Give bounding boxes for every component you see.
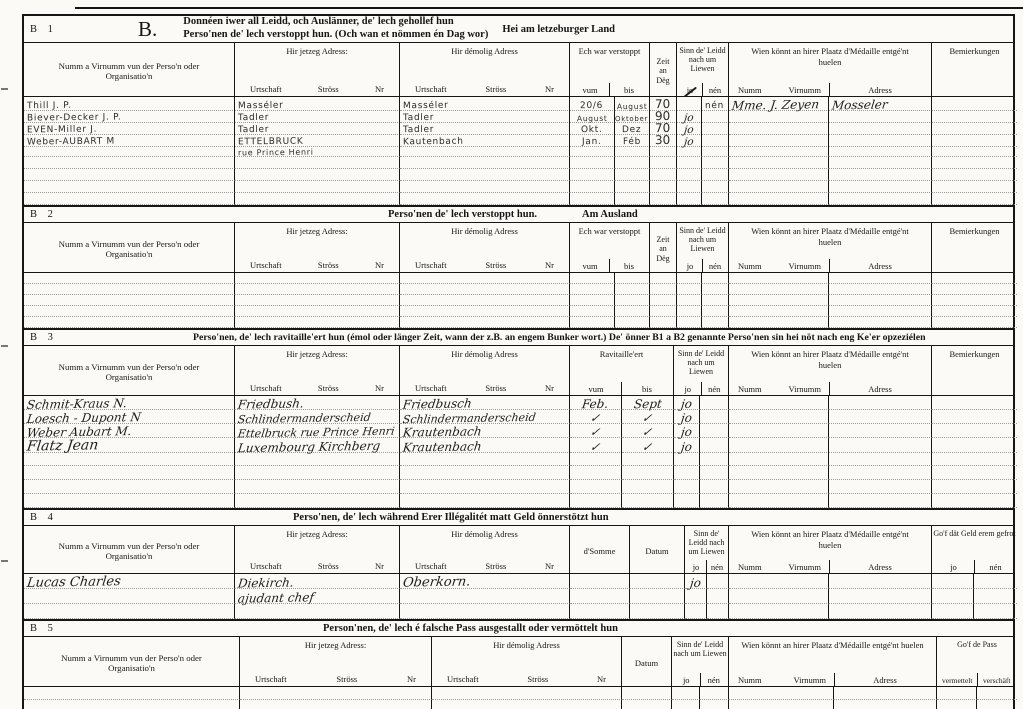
cell: ✓ (570, 438, 622, 453)
cell (700, 410, 729, 424)
b5-section-id: B 5 (30, 623, 138, 634)
ruled-line (24, 494, 1013, 508)
ruled-cell (622, 700, 672, 709)
ruled-cell (729, 466, 829, 480)
sub-nr: Nr (545, 260, 554, 270)
header-datum-col: Datum (622, 637, 672, 686)
sub-stross: Ströss (336, 674, 357, 684)
ruled-cell (235, 169, 400, 181)
ruled-cell (977, 700, 1017, 709)
ruled-cell (829, 157, 932, 169)
b1-r4-jetzeg-line2: rue Prince Henri (238, 148, 314, 158)
section-b1: B 1 B. Donnéen iwer all Leidd, och Auslä… (24, 16, 1013, 205)
cell: Diekirch. (235, 574, 400, 589)
sub-stross: Ströss (485, 84, 506, 94)
sub-adress: Adress (830, 85, 930, 96)
ruled-cell (235, 284, 400, 295)
ruled-cell (570, 295, 615, 306)
cell: Friedbush. (235, 396, 400, 410)
ruled-cell (729, 181, 829, 193)
cell (729, 145, 829, 157)
ruled-cell (615, 157, 650, 169)
ruled-cell (400, 273, 570, 284)
ruled-cell (829, 181, 932, 193)
ruled-cell (937, 687, 977, 700)
ruled-cell (400, 295, 570, 306)
ruled-cell (702, 284, 729, 295)
sub-nen: nén (975, 560, 1016, 573)
ruled-cell (932, 604, 974, 619)
ruled-cell (677, 181, 702, 193)
header-jetzeg-col: Hir jetzeg Adress:UrtschaftStrössNr (235, 526, 400, 573)
cell (700, 424, 729, 438)
sub-virnumm: Virnumm (788, 85, 821, 95)
ruled-cell (400, 284, 570, 295)
cell: Luxembourg Kirchberg (235, 438, 400, 453)
cell (829, 424, 932, 438)
cell (630, 589, 685, 604)
ruled-cell (622, 480, 674, 494)
ruled-cell (240, 700, 432, 709)
ruled-cell (615, 273, 650, 284)
ruled-cell (829, 452, 932, 466)
ruled-cell (702, 181, 729, 193)
ruled-cell (700, 466, 729, 480)
cell: ✓ (622, 438, 674, 453)
cell: Friedbusch (400, 396, 570, 410)
cell (932, 574, 974, 589)
sub-stross: Ströss (485, 561, 506, 571)
cell (677, 145, 702, 157)
ruled-cell (622, 687, 672, 700)
b1-empty-lines (24, 157, 1013, 205)
header-name-col: Numm a Virnumm vun der Perso'n oder Orga… (24, 346, 235, 395)
section-b5: B 5 Person'nen, de' lech é falsche Pass … (24, 619, 1013, 709)
ruled-cell (702, 169, 729, 181)
ruled-cell (729, 494, 829, 508)
ruled-cell (702, 295, 729, 306)
cell (615, 145, 650, 157)
sub-virnumm: Virnumm (788, 384, 821, 394)
sub-jo: jo (673, 673, 701, 686)
cell (829, 145, 932, 157)
ruled-line (24, 181, 1013, 193)
cell (702, 145, 729, 157)
ruled-cell (400, 193, 570, 205)
ruled-cell (235, 273, 400, 284)
sub-adress: Adress (835, 675, 935, 686)
header-bemierkungen-col: Bemierkungen (932, 43, 1017, 96)
header-wien-col: Wien könnt an hirer Plaatz d'Médaille en… (729, 526, 932, 573)
ruled-cell (702, 306, 729, 317)
ruled-cell (829, 466, 932, 480)
entry-row: EVEN-Miller J. Tadler Tadler Okt. Dez 70… (24, 121, 1013, 133)
ruled-cell (400, 480, 570, 494)
header-zeit-col: Zeit an Dëg (650, 43, 677, 96)
cell (630, 574, 685, 589)
ruled-cell (235, 193, 400, 205)
cell: ✓ (622, 424, 674, 438)
header-wien-col: Wien könnt an hirer Plaatz d'Médaille en… (729, 43, 932, 96)
header-jetzeg-col: Hir jetzeg Adress:UrtschaftStrössNr (235, 43, 400, 96)
ruled-cell (685, 604, 707, 619)
ruled-cell (650, 317, 677, 328)
sub-jo: jo (675, 382, 702, 395)
ruled-cell (729, 700, 834, 709)
sub-virnumm: Virnumm (788, 261, 821, 271)
cell (932, 410, 1017, 424)
ruled-cell (570, 452, 622, 466)
header-wien-col: Wien könnt an hirer Plaatz d'Médaille en… (729, 223, 932, 272)
b5-column-header: Numm a Virnumm vun der Perso'n oder Orga… (24, 637, 1013, 687)
header-demolig-col: Hir démolig AdressUrtschaftStrössNr (432, 637, 622, 686)
header-name-col: Numm a Virnumm vun der Perso'n oder Orga… (24, 637, 240, 686)
sub-stross: Ströss (318, 84, 339, 94)
ruled-cell (932, 466, 1017, 480)
sub-urtschaft: Urtschaft (447, 674, 479, 684)
sub-nr: Nr (375, 84, 384, 94)
sub-urtschaft: Urtschaft (250, 561, 282, 571)
entry-row: ajudant chef (24, 589, 1013, 604)
ruled-cell (615, 317, 650, 328)
ruled-cell (400, 494, 570, 508)
ruled-cell (932, 169, 1017, 181)
entry-row: Lucas Charles Diekirch. Oberkorn. jo (24, 574, 1013, 589)
b2-body (24, 273, 1013, 328)
ruled-cell (650, 169, 677, 181)
ruled-cell (702, 273, 729, 284)
sub-stross: Ströss (318, 383, 339, 393)
ruled-cell (235, 604, 400, 619)
sub-vum: vum (571, 259, 610, 272)
ruled-cell (674, 466, 700, 480)
ruled-cell (24, 157, 235, 169)
sub-adress: Adress (830, 562, 930, 573)
b4-empty-lines (24, 604, 1013, 619)
header-jetzeg-col: Hir jetzeg Adress:UrtschaftStrössNr (235, 346, 400, 395)
ruled-cell (829, 295, 932, 306)
cell: Ettelbruck rue Prince Henri (235, 424, 400, 438)
ruled-cell (702, 193, 729, 205)
entry-row: Schmit-Kraus N. Friedbush. Friedbusch Fe… (24, 396, 1013, 410)
ruled-cell (700, 480, 729, 494)
sub-urtschaft: Urtschaft (415, 561, 447, 571)
ruled-cell (235, 317, 400, 328)
ruled-cell (829, 284, 932, 295)
sub-nen: nén (702, 382, 728, 395)
ruled-cell (932, 494, 1017, 508)
cell (707, 574, 729, 589)
sub-nen: nén (703, 83, 727, 96)
ruled-cell (829, 273, 932, 284)
ruled-cell (932, 273, 1017, 284)
sub-vum: vum (571, 382, 622, 395)
ruled-cell (674, 494, 700, 508)
ruled-cell (677, 157, 702, 169)
header-bemierkungen-col: Bemierkungen (932, 223, 1017, 272)
header-demolig-col: Hir démolig AdressUrtschaftStrössNr (400, 43, 570, 96)
ruled-cell (674, 480, 700, 494)
ruled-cell (932, 295, 1017, 306)
cell (829, 438, 932, 453)
header-sinn-col: Sinn de' Leidd nach um Liewenjonén (677, 223, 729, 272)
ruled-line (24, 295, 1013, 306)
sub-urtschaft: Urtschaft (415, 383, 447, 393)
header-jetzeg-col: Hir jetzeg Adress:UrtschaftStrössNr (235, 223, 400, 272)
sub-nen: nén (707, 560, 727, 573)
ruled-cell (570, 466, 622, 480)
cell: jo (685, 574, 707, 589)
cell (707, 589, 729, 604)
cell: Flatz Jean (24, 438, 235, 453)
ruled-cell (24, 687, 240, 700)
sub-bis: bis (622, 382, 672, 395)
sub-urtschaft: Urtschaft (250, 260, 282, 270)
header-zeit-col: Zeit an Dëg (650, 223, 677, 272)
sub-nr: Nr (375, 383, 384, 393)
questionnaire-form: B 1 B. Donnéen iwer all Leidd, och Auslä… (22, 14, 1015, 709)
header-demolig-col: Hir démolig AdressUrtschaftStrössNr (400, 346, 570, 395)
ruled-cell (615, 169, 650, 181)
entry-row: Thill J. P. Masséler Masséler 20/6 Augus… (24, 97, 1013, 109)
ruled-cell (829, 306, 932, 317)
b3-section-id: B 3 (30, 332, 138, 343)
ruled-cell (829, 193, 932, 205)
ruled-cell (235, 452, 400, 466)
ruled-cell (829, 494, 932, 508)
header-sinn-col: Sinn de' Leidd nach um Liewenjonén (685, 526, 729, 573)
ruled-cell (24, 466, 235, 480)
ruled-cell (235, 494, 400, 508)
cell (932, 424, 1017, 438)
ruled-cell (672, 700, 700, 709)
ruled-cell (932, 193, 1017, 205)
ruled-cell (829, 317, 932, 328)
ruled-cell (400, 306, 570, 317)
cell (974, 589, 1017, 604)
sub-verschaft: verschäft (978, 673, 1017, 686)
b1-title-line2: Perso'nen de' lech verstoppt hun. (Och w… (183, 29, 488, 42)
ruled-cell (615, 284, 650, 295)
cell (24, 589, 235, 604)
b1-body: Thill J. P. Masséler Masséler 20/6 Augus… (24, 97, 1013, 205)
b3-r1-jo: jo (680, 397, 693, 411)
b5-body (24, 687, 1013, 709)
cell: ✓ (622, 410, 674, 424)
b1-titles: Donnéen iwer all Leidd, och Auslänner, d… (183, 16, 488, 41)
ruled-cell (650, 284, 677, 295)
ruled-cell (729, 157, 829, 169)
ruled-cell (24, 295, 235, 306)
sub-numm: Numm (738, 675, 762, 685)
ruled-cell (400, 157, 570, 169)
cell (729, 589, 829, 604)
cell: jo (674, 424, 700, 438)
ruled-cell (932, 181, 1017, 193)
cell (700, 438, 729, 453)
sub-stross: Ströss (318, 561, 339, 571)
sub-nen: nén (701, 673, 728, 686)
margin-mark (1, 560, 8, 562)
ruled-cell (570, 604, 630, 619)
ruled-cell (677, 193, 702, 205)
section-b2: B 2 Perso'nen de' lech verstoppt hun. Am… (24, 205, 1013, 328)
ruled-line (24, 273, 1013, 284)
cell: Schlindermanderscheid (235, 410, 400, 424)
ruled-cell (677, 273, 702, 284)
ruled-cell (432, 700, 622, 709)
header-datum-col: Datum (630, 526, 685, 573)
b4-r1-jo: jo (689, 576, 702, 590)
b1-band: B 1 B. Donnéen iwer all Leidd, och Auslä… (24, 16, 1013, 43)
cell (932, 396, 1017, 410)
ruled-cell (570, 284, 615, 295)
sub-vermettelt: vermettelt (938, 673, 978, 686)
ruled-line (24, 193, 1013, 205)
ruled-cell (235, 181, 400, 193)
ruled-cell (677, 306, 702, 317)
ruled-cell (615, 181, 650, 193)
cell: ajudant chef (235, 589, 400, 604)
ruled-cell (974, 604, 1017, 619)
ruled-line (24, 317, 1013, 328)
ruled-cell (834, 700, 937, 709)
ruled-cell (235, 466, 400, 480)
ruled-line (24, 169, 1013, 181)
margin-mark (1, 345, 8, 347)
ruled-cell (570, 494, 622, 508)
cell (932, 145, 1017, 157)
ruled-cell (622, 494, 674, 508)
entry-row: rue Prince Henri (24, 145, 1013, 157)
entry-row: Weber Aubart M. Ettelbruck rue Prince He… (24, 424, 1013, 438)
cell: Weber Aubart M. (24, 424, 235, 438)
section-b4: B 4 Perso'nen, de' lech während Erer Ill… (24, 508, 1013, 619)
cell (829, 410, 932, 424)
ruled-cell (829, 604, 932, 619)
ruled-cell (729, 317, 829, 328)
b1-location: Hei am letzeburger Land (502, 24, 615, 35)
ruled-cell (400, 317, 570, 328)
cell: Sept (622, 396, 674, 410)
header-sinn-col: Sinn de' Leidd nach um Liewenjonén (677, 43, 729, 96)
ruled-line (24, 480, 1013, 494)
ruled-cell (235, 480, 400, 494)
cell (729, 574, 829, 589)
ruled-cell (24, 306, 235, 317)
ruled-cell (622, 452, 674, 466)
ruled-cell (729, 273, 829, 284)
b3-r3-jo: jo (680, 425, 693, 439)
ruled-line (24, 452, 1013, 466)
cell (729, 396, 829, 410)
ruled-cell (400, 169, 570, 181)
b1-section-id: B 1 (30, 24, 138, 35)
ruled-cell (235, 157, 400, 169)
cell (400, 589, 570, 604)
sub-bis: bis (610, 259, 648, 272)
b5-band: B 5 Person'nen, de' lech é falsche Pass … (24, 621, 1013, 637)
cell: Schlindermanderscheid (400, 410, 570, 424)
entry-row: Flatz Jean Luxembourg Kirchberg Krautenb… (24, 438, 1013, 452)
ruled-cell (677, 169, 702, 181)
ruled-cell (729, 169, 829, 181)
b2-column-header: Numm a Virnumm vun der Perso'n oder Orga… (24, 223, 1013, 273)
b1-column-header: Numm a Virnumm vun der Perso'n oder Orga… (24, 43, 1013, 97)
sub-nr: Nr (545, 84, 554, 94)
header-name-col: Numm a Virnumm vun der Perso'n oder Orga… (24, 526, 235, 573)
cell: rue Prince Henri (235, 145, 400, 157)
ruled-cell (24, 284, 235, 295)
sub-nr: Nr (375, 561, 384, 571)
ruled-cell (400, 466, 570, 480)
ruled-cell (677, 295, 702, 306)
ruled-cell (674, 452, 700, 466)
ruled-cell (729, 193, 829, 205)
b3-r2-jo: jo (680, 411, 693, 425)
b2-location: Am Ausland (582, 209, 638, 220)
b2-band: B 2 Perso'nen de' lech verstoppt hun. Am… (24, 207, 1013, 223)
sub-jo: jo (933, 560, 975, 573)
cell (685, 589, 707, 604)
ruled-cell (677, 317, 702, 328)
ruled-cell (702, 317, 729, 328)
b1-title-line1: Donnéen iwer all Leidd, och Auslänner, d… (183, 16, 488, 29)
ruled-cell (937, 700, 977, 709)
cell (24, 145, 235, 157)
header-sinn-col: Sinn de' Leidd nach um Liewenjonén (672, 637, 729, 686)
ruled-cell (650, 157, 677, 169)
sub-urtschaft: Urtschaft (415, 260, 447, 270)
b5-empty-lines (24, 687, 1013, 709)
cell: Loesch - Dupont N (24, 410, 235, 424)
sub-vum: vum (571, 83, 610, 96)
cell (650, 145, 677, 157)
cell: Oberkorn. (400, 574, 570, 589)
header-name-col: Numm a Virnumm vun der Perso'n oder Orga… (24, 43, 235, 96)
ruled-cell (24, 604, 235, 619)
ruled-cell (932, 284, 1017, 295)
ruled-cell (570, 480, 622, 494)
sub-virnumm: Virnumm (793, 675, 826, 685)
cell (729, 424, 829, 438)
ruled-cell (24, 273, 235, 284)
ruled-cell (240, 687, 432, 700)
ruled-line (24, 700, 1013, 709)
b4-section-id: B 4 (30, 512, 138, 523)
cell: Krautenbach (400, 424, 570, 438)
b3-r2-vum: ✓ (590, 411, 602, 425)
ruled-line (24, 466, 1013, 480)
ruled-cell (400, 181, 570, 193)
ruled-cell (650, 306, 677, 317)
ruled-cell (700, 494, 729, 508)
header-wien-col: Wien könnt an hirer Plaatz d'Médaille en… (729, 637, 937, 686)
sub-nen: nén (703, 259, 727, 272)
sub-numm: Numm (738, 85, 762, 95)
sub-urtschaft: Urtschaft (250, 84, 282, 94)
ruled-cell (829, 480, 932, 494)
ruled-cell (729, 604, 829, 619)
ruled-cell (570, 193, 615, 205)
b1-big-letter: B. (138, 17, 157, 42)
header-bemierkungen-col: Bemierkungen (932, 346, 1017, 395)
cell (400, 145, 570, 157)
cell: ✓ (570, 424, 622, 438)
cell (829, 396, 932, 410)
ruled-line (24, 157, 1013, 169)
ruled-line (24, 306, 1013, 317)
